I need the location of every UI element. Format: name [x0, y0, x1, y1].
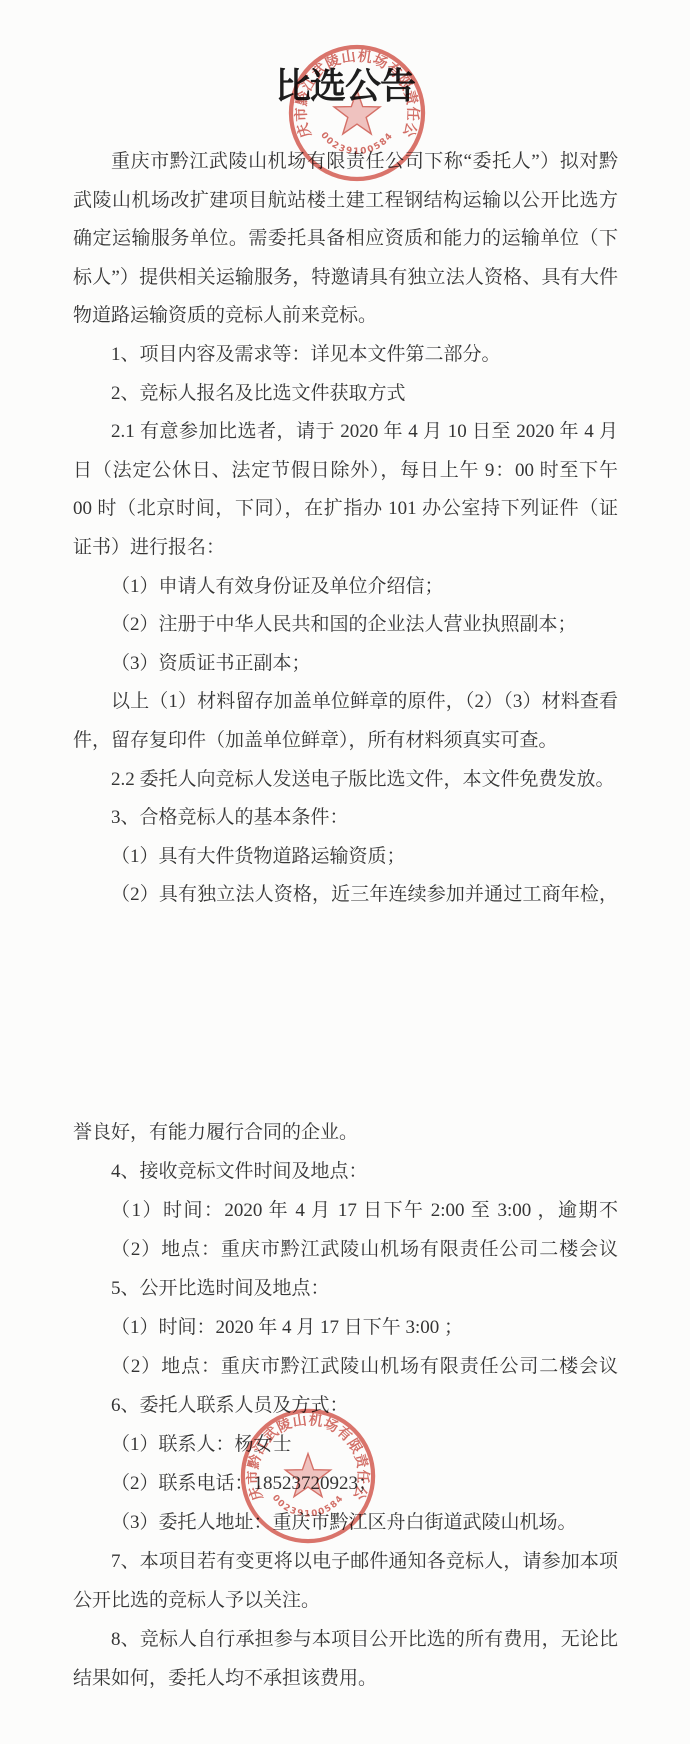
document-text-line: 以上（1）材料留存加盖单位鲜章的原件，（2）（3）材料查看原	[73, 683, 618, 722]
document-text-line: （1）时间：2020 年 4 月 17 日下午 2:00 至 3:00 ，逾期不…	[73, 1191, 618, 1230]
document-text-line: 2.2 委托人向竞标人发送电子版比选文件，本文件免费发放。	[73, 761, 618, 800]
document-text-line: 件，留存复印件（加盖单位鲜章），所有材料须真实可查。	[73, 722, 618, 761]
document-text-line: 6、委托人联系人员及方式：	[73, 1386, 618, 1425]
document-text-line: （1）联系人：杨女士	[73, 1425, 618, 1464]
document-text-line: （2）具有独立法人资格，近三年连续参加并通过工商年检，信	[73, 876, 618, 915]
document-title: 比选公告	[0, 58, 690, 109]
document-text-line: （2）地点：重庆市黔江武陵山机场有限责任公司二楼会议室。	[73, 1230, 618, 1269]
document-text-line: 公开比选的竞标人予以关注。	[73, 1581, 618, 1620]
document-text-line: （3）委托人地址：重庆市黔江区舟白街道武陵山机场。	[73, 1503, 618, 1542]
document-text-line: 8、竞标人自行承担参与本项目公开比选的所有费用，无论比选	[73, 1620, 618, 1659]
document-text-line: 2、竞标人报名及比选文件获取方式	[73, 375, 618, 414]
document-text-line: 4、接收竞标文件时间及地点：	[73, 1152, 618, 1191]
document-text-line: 物道路运输资质的竞标人前来竞标。	[73, 297, 618, 336]
document-text-line: 誉良好，有能力履行合同的企业。	[73, 1113, 618, 1152]
document-text-line: 日（法定公休日、法定节假日除外），每日上午 9：00 时至下午 5：	[73, 452, 618, 491]
document-text-line: 7、本项目若有变更将以电子邮件通知各竞标人，请参加本项目	[73, 1542, 618, 1581]
document-text-line: 重庆市黔江武陵山机场有限责任公司下称“委托人”）拟对黔江	[73, 143, 618, 182]
document-text-line: （1）具有大件货物道路运输资质；	[73, 838, 618, 877]
document-text-line: （2）注册于中华人民共和国的企业法人营业执照副本；	[73, 606, 618, 645]
document-text-line: 武陵山机场改扩建项目航站楼土建工程钢结构运输以公开比选方式	[73, 182, 618, 221]
document-text-line: 2.1 有意参加比选者，请于 2020 年 4 月 10 日至 2020 年 4…	[73, 413, 618, 452]
document-text-line: 结果如何，委托人均不承担该费用。	[73, 1659, 618, 1698]
document-text-line: 1、项目内容及需求等：详见本文件第二部分。	[73, 336, 618, 375]
document-text-line: （3）资质证书正副本；	[73, 645, 618, 684]
document-text-line: 00 时（北京时间，下同），在扩指办 101 办公室持下列证件（证明、	[73, 490, 618, 529]
document-text-line: （2）地点：重庆市黔江武陵山机场有限责任公司二楼会议室。	[73, 1347, 618, 1386]
document-text-line: 确定运输服务单位。需委托具备相应资质和能力的运输单位（下称“竞	[73, 220, 618, 259]
scanned-document-page: 比选公告 重庆市黔江武陵山机场有限责任公司下称“委托人”）拟对黔江武陵山机场改扩…	[0, 0, 690, 1744]
document-text-line: 证书）进行报名：	[73, 529, 618, 568]
document-text-line: 标人”）提供相关运输服务，特邀请具有独立法人资格、具有大件货	[73, 259, 618, 298]
document-text-line: （1）时间：2020 年 4 月 17 日下午 3:00 ；	[73, 1308, 618, 1347]
document-text-line: 5、公开比选时间及地点：	[73, 1269, 618, 1308]
document-text-line: （2）联系电话：18523720923；	[73, 1464, 618, 1503]
document-body-page2: 誉良好，有能力履行合同的企业。4、接收竞标文件时间及地点：（1）时间：2020 …	[73, 1113, 618, 1698]
document-body-page1: 重庆市黔江武陵山机场有限责任公司下称“委托人”）拟对黔江武陵山机场改扩建项目航站…	[73, 143, 618, 915]
document-text-line: （1）申请人有效身份证及单位介绍信；	[73, 568, 618, 607]
document-text-line: 3、合格竞标人的基本条件：	[73, 799, 618, 838]
